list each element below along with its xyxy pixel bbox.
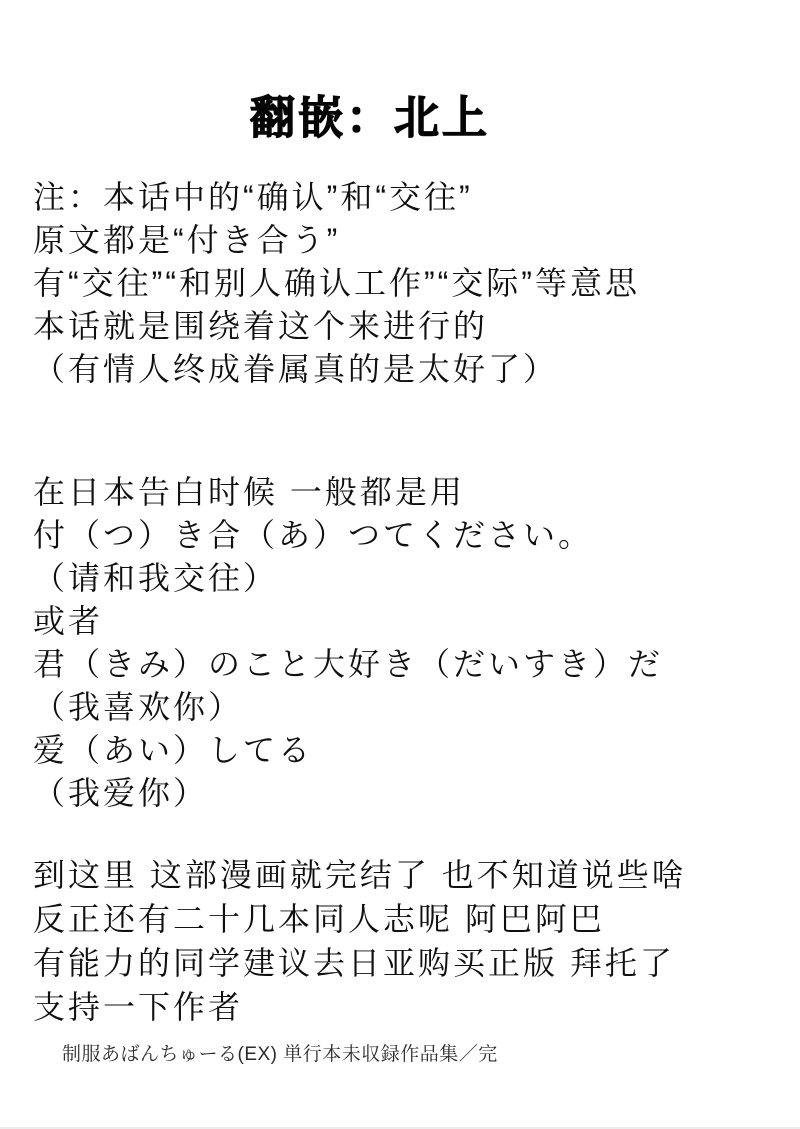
- confession-line: （我喜欢你）: [33, 686, 663, 729]
- ending-line: 有能力的同学建议去日亚购买正版 拜托了: [33, 941, 687, 985]
- note-line: 有“交往”“和别人确认工作”“交际”等意思: [33, 262, 640, 305]
- confession-line: 在日本告白时候 一般都是用: [33, 471, 663, 514]
- note-line: 本话就是围绕着这个来进行的: [33, 305, 640, 348]
- confession-line: 爱（あい）してる: [33, 729, 663, 772]
- confession-line: 君（きみ）のこと大好き（だいすき）だ: [33, 643, 663, 686]
- translator-note-page: 翻嵌：北上 注：本话中的“确认”和“交往” 原文都是“付き合う” 有“交往”“和…: [0, 0, 800, 1129]
- confession-line: （我爱你）: [33, 772, 663, 815]
- note-line: 原文都是“付き合う”: [33, 219, 640, 262]
- confession-line: 付（つ）き合（あ）つてください。: [33, 514, 663, 557]
- confession-line: （请和我交往）: [33, 557, 663, 600]
- confession-explanation-block: 在日本告白时候 一般都是用 付（つ）き合（あ）つてください。 （请和我交往） 或…: [33, 471, 663, 815]
- page-title: 翻嵌：北上: [250, 92, 490, 144]
- ending-line: 支持一下作者: [33, 985, 687, 1029]
- ending-line: 反正还有二十几本同人志呢 阿巴阿巴: [33, 897, 687, 941]
- translation-note-block: 注：本话中的“确认”和“交往” 原文都是“付き合う” 有“交往”“和别人确认工作…: [33, 176, 640, 391]
- confession-line: 或者: [33, 600, 663, 643]
- footer-credit: 制服あばんちゅーる(EX) 単行本未収録作品集／完: [62, 1042, 498, 1068]
- note-line: （有情人终成眷属真的是太好了）: [33, 348, 640, 391]
- ending-line: 到这里 这部漫画就完结了 也不知道说些啥: [33, 853, 687, 897]
- note-line: 注：本话中的“确认”和“交往”: [33, 176, 640, 219]
- ending-message-block: 到这里 这部漫画就完结了 也不知道说些啥 反正还有二十几本同人志呢 阿巴阿巴 有…: [33, 853, 687, 1029]
